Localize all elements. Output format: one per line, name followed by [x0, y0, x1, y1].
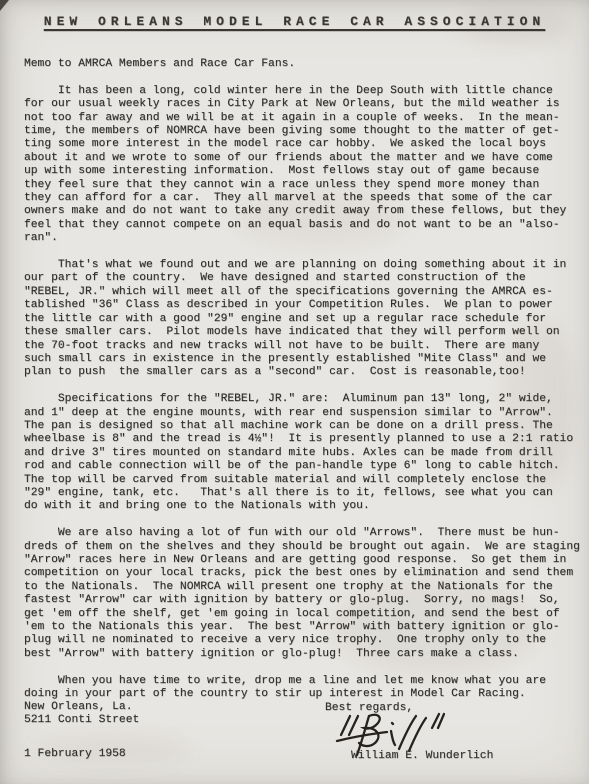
scanned-letter-page: NEW ORLEANS MODEL RACE CAR ASSOCIATION M… — [0, 0, 589, 784]
letter-title: NEW ORLEANS MODEL RACE CAR ASSOCIATION — [0, 14, 589, 29]
memo-line: Memo to AMRCA Members and Race Car Fans. — [24, 58, 580, 71]
signature-text: "Bill" — [325, 700, 326, 701]
letter-date: 1 February 1958 — [24, 748, 139, 761]
sender-city: New Orleans, La. — [24, 701, 139, 714]
paragraph-1: It has been a long, cold winter here in … — [24, 85, 580, 246]
signature-block: Best regards, "Bill" William E. Wunderli… — [325, 700, 545, 780]
paragraph-5: When you have time to write, drop me a l… — [24, 675, 580, 702]
sender-address-block: New Orleans, La. 5211 Conti Street 1 Feb… — [24, 701, 139, 761]
scan-corner-mark — [0, 0, 9, 11]
paragraph-2: That's what we found out and we are plan… — [24, 259, 580, 380]
signed-name: William E. Wunderlich — [351, 750, 493, 763]
paragraph-3: Specifications for the "REBEL, JR." are:… — [24, 393, 580, 514]
paragraph-4: We are also having a lot of fun with our… — [24, 527, 580, 661]
sender-street: 5211 Conti Street — [24, 714, 139, 727]
letter-body: Memo to AMRCA Members and Race Car Fans.… — [24, 58, 580, 715]
